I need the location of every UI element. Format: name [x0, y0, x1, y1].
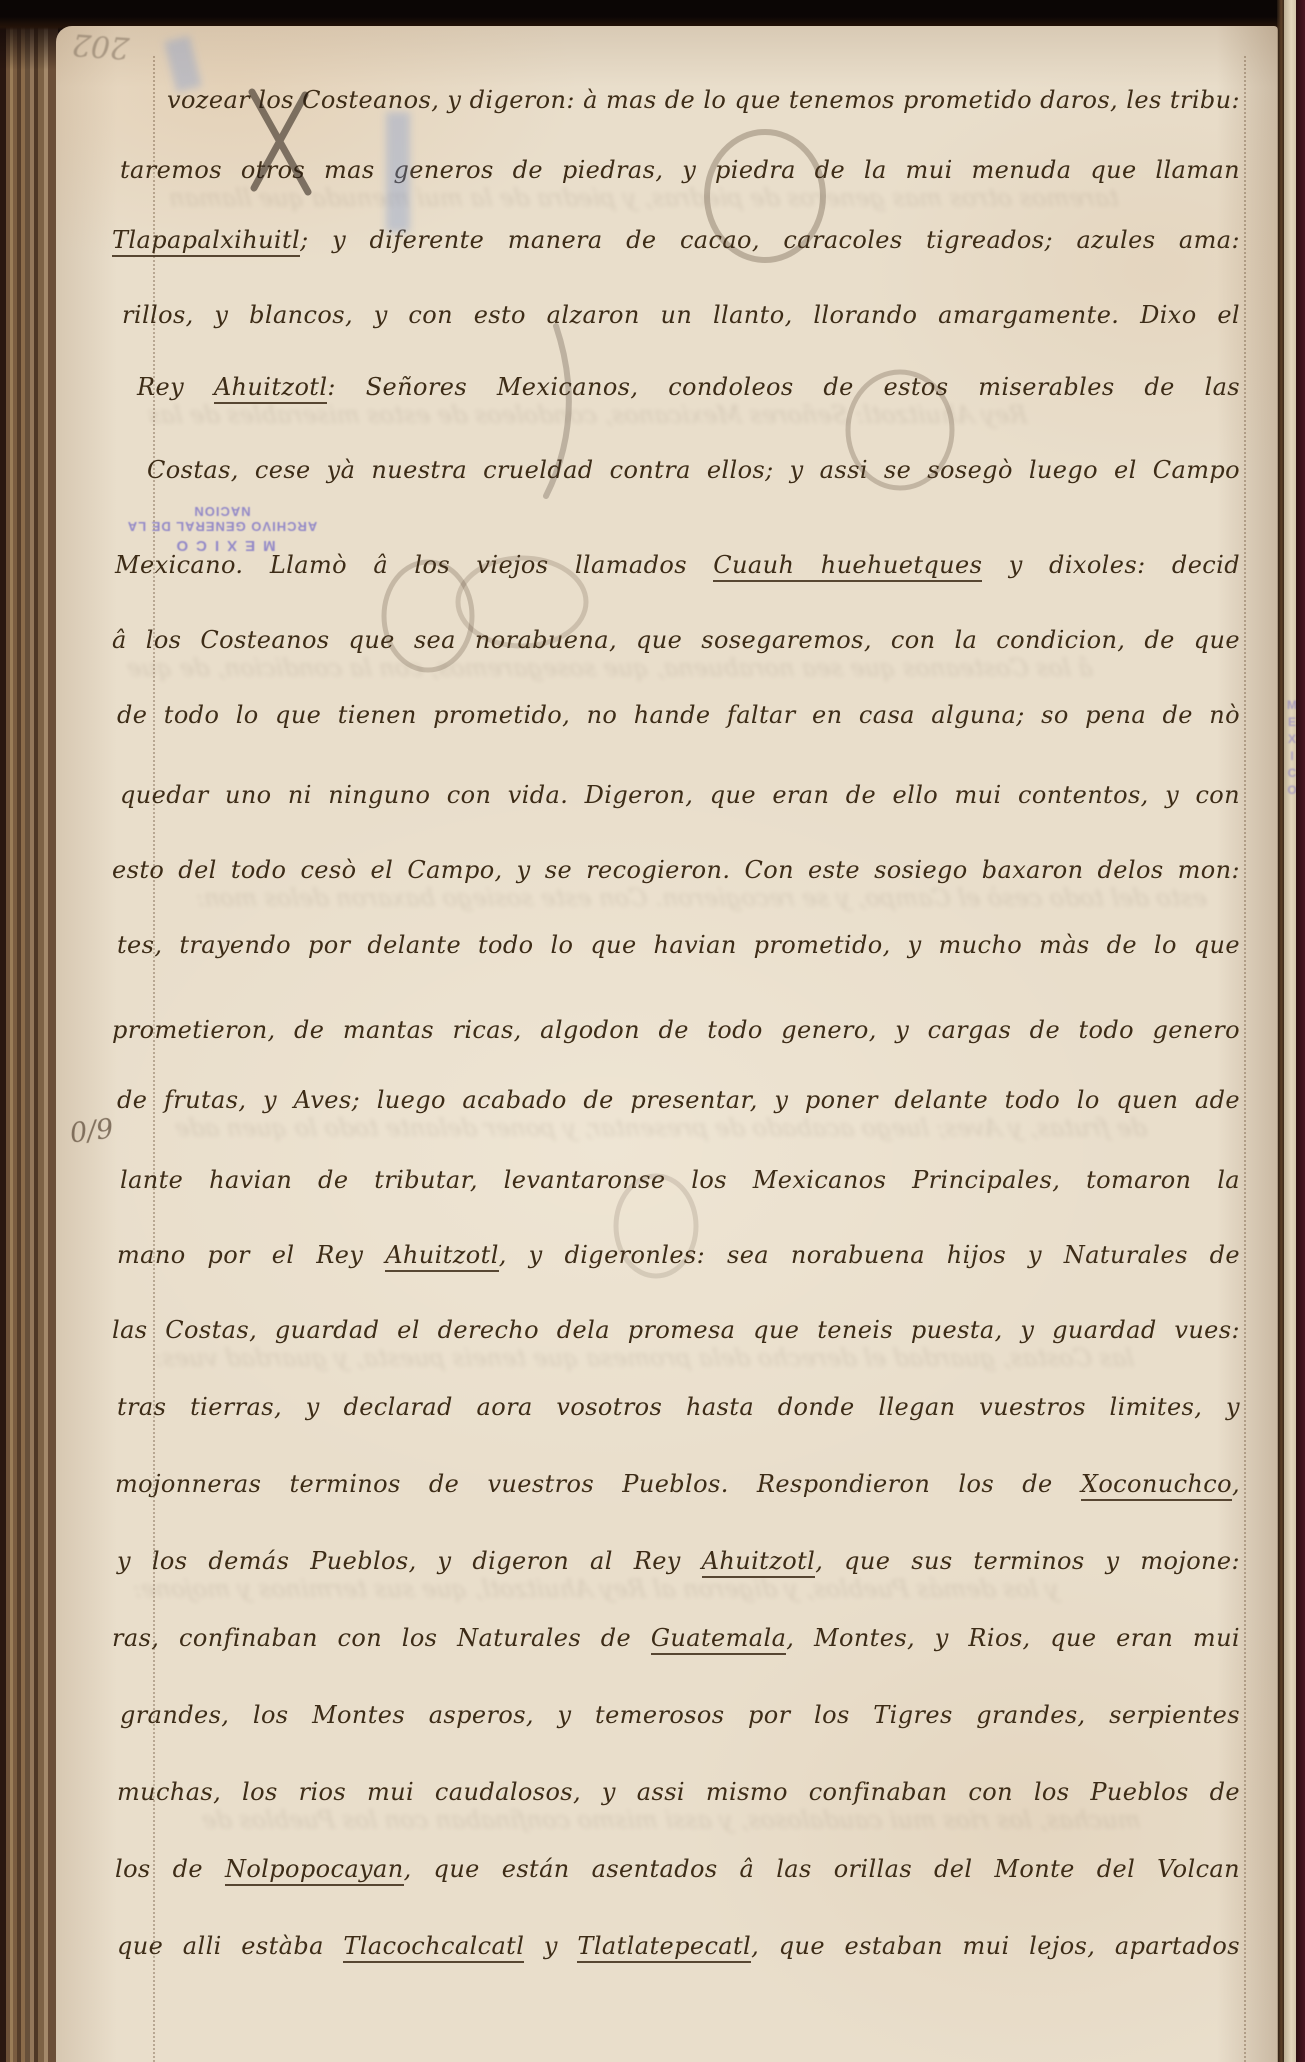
text-segment: : Señores Mexicanos, condoleos de estos … [327, 373, 1240, 401]
manuscript-line: quedar uno ni ninguno con vida. Digeron,… [120, 773, 1240, 825]
manuscript-line: los de Nolpopocayan, que están asentados… [115, 1847, 1240, 1899]
manuscript-line: grandes, los Montes asperos, y temerosos… [120, 1693, 1240, 1745]
margin-note: 0/9 [68, 1113, 115, 1149]
manuscript-line: Costas, cese yà nuestra crueldad contra … [147, 448, 1240, 500]
text-segment: , [1232, 1470, 1240, 1498]
underlined-name: Ahuitzotl [702, 1547, 816, 1578]
text-segment: Costas, cese yà nuestra crueldad contra … [147, 456, 1240, 484]
underlined-name: Cuauh huehuetques [713, 551, 982, 582]
manuscript-line: y los demás Pueblos, y digeron al Rey Ah… [117, 1539, 1240, 1591]
text-segment: Rey [137, 373, 214, 401]
page-number: 202 [71, 26, 131, 65]
text-segment: de todo lo que tienen prometido, no hand… [117, 701, 1240, 729]
underlined-name: Ahuitzotl [214, 373, 328, 404]
text-segment: , que estaban mui lejos, apartados [751, 1932, 1240, 1960]
text-segment: mojonneras terminos de vuestros Pueblos.… [115, 1470, 1081, 1498]
manuscript-line: vozear los Costeanos, y digeron: à mas d… [167, 78, 1240, 130]
text-segment: prometieron, de mantas ricas, algodon de… [112, 1016, 1240, 1044]
text-segment: ras, confinaban con los Naturales de [112, 1624, 651, 1652]
underlined-name: Ahuitzotl [385, 1241, 499, 1272]
text-segment: vozear los Costeanos, y digeron: à mas d… [167, 86, 1240, 114]
manuscript-line: Rey Ahuitzotl: Señores Mexicanos, condol… [137, 365, 1240, 417]
manuscript-line: de frutas, y Aves; luego acabado de pres… [117, 1078, 1240, 1130]
text-segment: , que sus terminos y mojone: [815, 1547, 1240, 1575]
book-page-edges [0, 0, 58, 2062]
text-segment: , Montes, y Rios, que eran mui [786, 1624, 1240, 1652]
text-segment: que alli estàba [117, 1932, 343, 1960]
text-segment: tras tierras, y declarad aora vosotros h… [117, 1393, 1240, 1421]
book-edge-right [1296, 0, 1305, 2062]
text-segment: y dixoles: decid [982, 551, 1240, 579]
text-segment: y los demás Pueblos, y digeron al Rey [117, 1547, 702, 1575]
manuscript-line: ras, confinaban con los Naturales de Gua… [112, 1616, 1240, 1668]
text-segment: y [524, 1932, 577, 1960]
text-segment: las Costas, guardad el derecho dela prom… [112, 1316, 1240, 1344]
text-segment: esto del todo cesò el Campo, y se recogi… [112, 856, 1240, 884]
text-segment: tes, trayendo por delante todo lo que ha… [117, 931, 1240, 959]
text-segment: rillos, y blancos, y con esto alzaron un… [122, 301, 1240, 329]
manuscript-line: tras tierras, y declarad aora vosotros h… [117, 1385, 1240, 1437]
manuscript-line: Tlapapalxihuitl; y diferente manera de c… [112, 218, 1240, 270]
manuscript-line: mojonneras terminos de vuestros Pueblos.… [115, 1462, 1240, 1514]
manuscript-line: tes, trayendo por delante todo lo que ha… [117, 923, 1240, 975]
manuscript-line: prometieron, de mantas ricas, algodon de… [112, 1008, 1240, 1060]
manuscript-line: que alli estàba Tlacochcalcatl y Tlatlat… [117, 1924, 1240, 1976]
manuscript-line: mano por el Rey Ahuitzotl, y digeronles:… [117, 1233, 1240, 1285]
manuscript-line: â los Costeanos que sea norabuena, que s… [112, 618, 1240, 670]
text-segment: grandes, los Montes asperos, y temerosos… [120, 1701, 1240, 1729]
manuscript-line: muchas, los rios mui caudalosos, y assi … [117, 1770, 1240, 1822]
text-segment: quedar uno ni ninguno con vida. Digeron,… [120, 781, 1240, 809]
text-segment: , que están asentados â las orillas del … [404, 1855, 1240, 1883]
manuscript-line: rillos, y blancos, y con esto alzaron un… [122, 293, 1240, 345]
manuscript-line: las Costas, guardad el derecho dela prom… [112, 1308, 1240, 1360]
manuscript-photo: 202 MEXICO ARCHIVO GENERAL DE LA NACION … [0, 0, 1305, 2062]
text-segment: â los Costeanos que sea norabuena, que s… [112, 626, 1240, 654]
manuscript-line: de todo lo que tienen prometido, no hand… [117, 693, 1240, 745]
text-segment: mano por el Rey [117, 1241, 385, 1269]
underlined-name: Nolpopocayan [225, 1855, 404, 1886]
text-segment: ; y diferente manera de cacao, caracoles… [300, 226, 1240, 254]
text-segment: muchas, los rios mui caudalosos, y assi … [117, 1778, 1240, 1806]
text-segment: lante havian de tributar, levantaronse l… [120, 1166, 1240, 1194]
underlined-name: Tlatlatepecatl [577, 1932, 751, 1963]
text-segment: Mexicano. Llamò â los viejos llamados [115, 551, 713, 579]
manuscript-line: lante havian de tributar, levantaronse l… [120, 1158, 1240, 1210]
text-segment: , y digeronles: sea norabuena hijos y Na… [499, 1241, 1240, 1269]
manuscript-line: taremos otros mas generos de piedras, y … [120, 148, 1240, 200]
text-segment: los de [115, 1855, 225, 1883]
underlined-name: Tlacochcalcatl [343, 1932, 524, 1963]
text-segment: taremos otros mas generos de piedras, y … [120, 156, 1240, 184]
underlined-name: Tlapapalxihuitl [112, 226, 300, 257]
manuscript-line: esto del todo cesò el Campo, y se recogi… [112, 848, 1240, 900]
margin-rule-right [1244, 56, 1246, 2062]
archive-stamp-title: ARCHIVO GENERAL DE LA NACION [104, 504, 340, 534]
book-gutter-shadow [1277, 0, 1284, 2062]
manuscript-page: 202 MEXICO ARCHIVO GENERAL DE LA NACION … [56, 26, 1278, 2062]
manuscript-line: Mexicano. Llamò â los viejos llamados Cu… [115, 543, 1240, 595]
underlined-name: Guatemala [651, 1624, 786, 1655]
underlined-name: Xoconuchco [1081, 1470, 1232, 1501]
text-segment: de frutas, y Aves; luego acabado de pres… [117, 1086, 1240, 1114]
